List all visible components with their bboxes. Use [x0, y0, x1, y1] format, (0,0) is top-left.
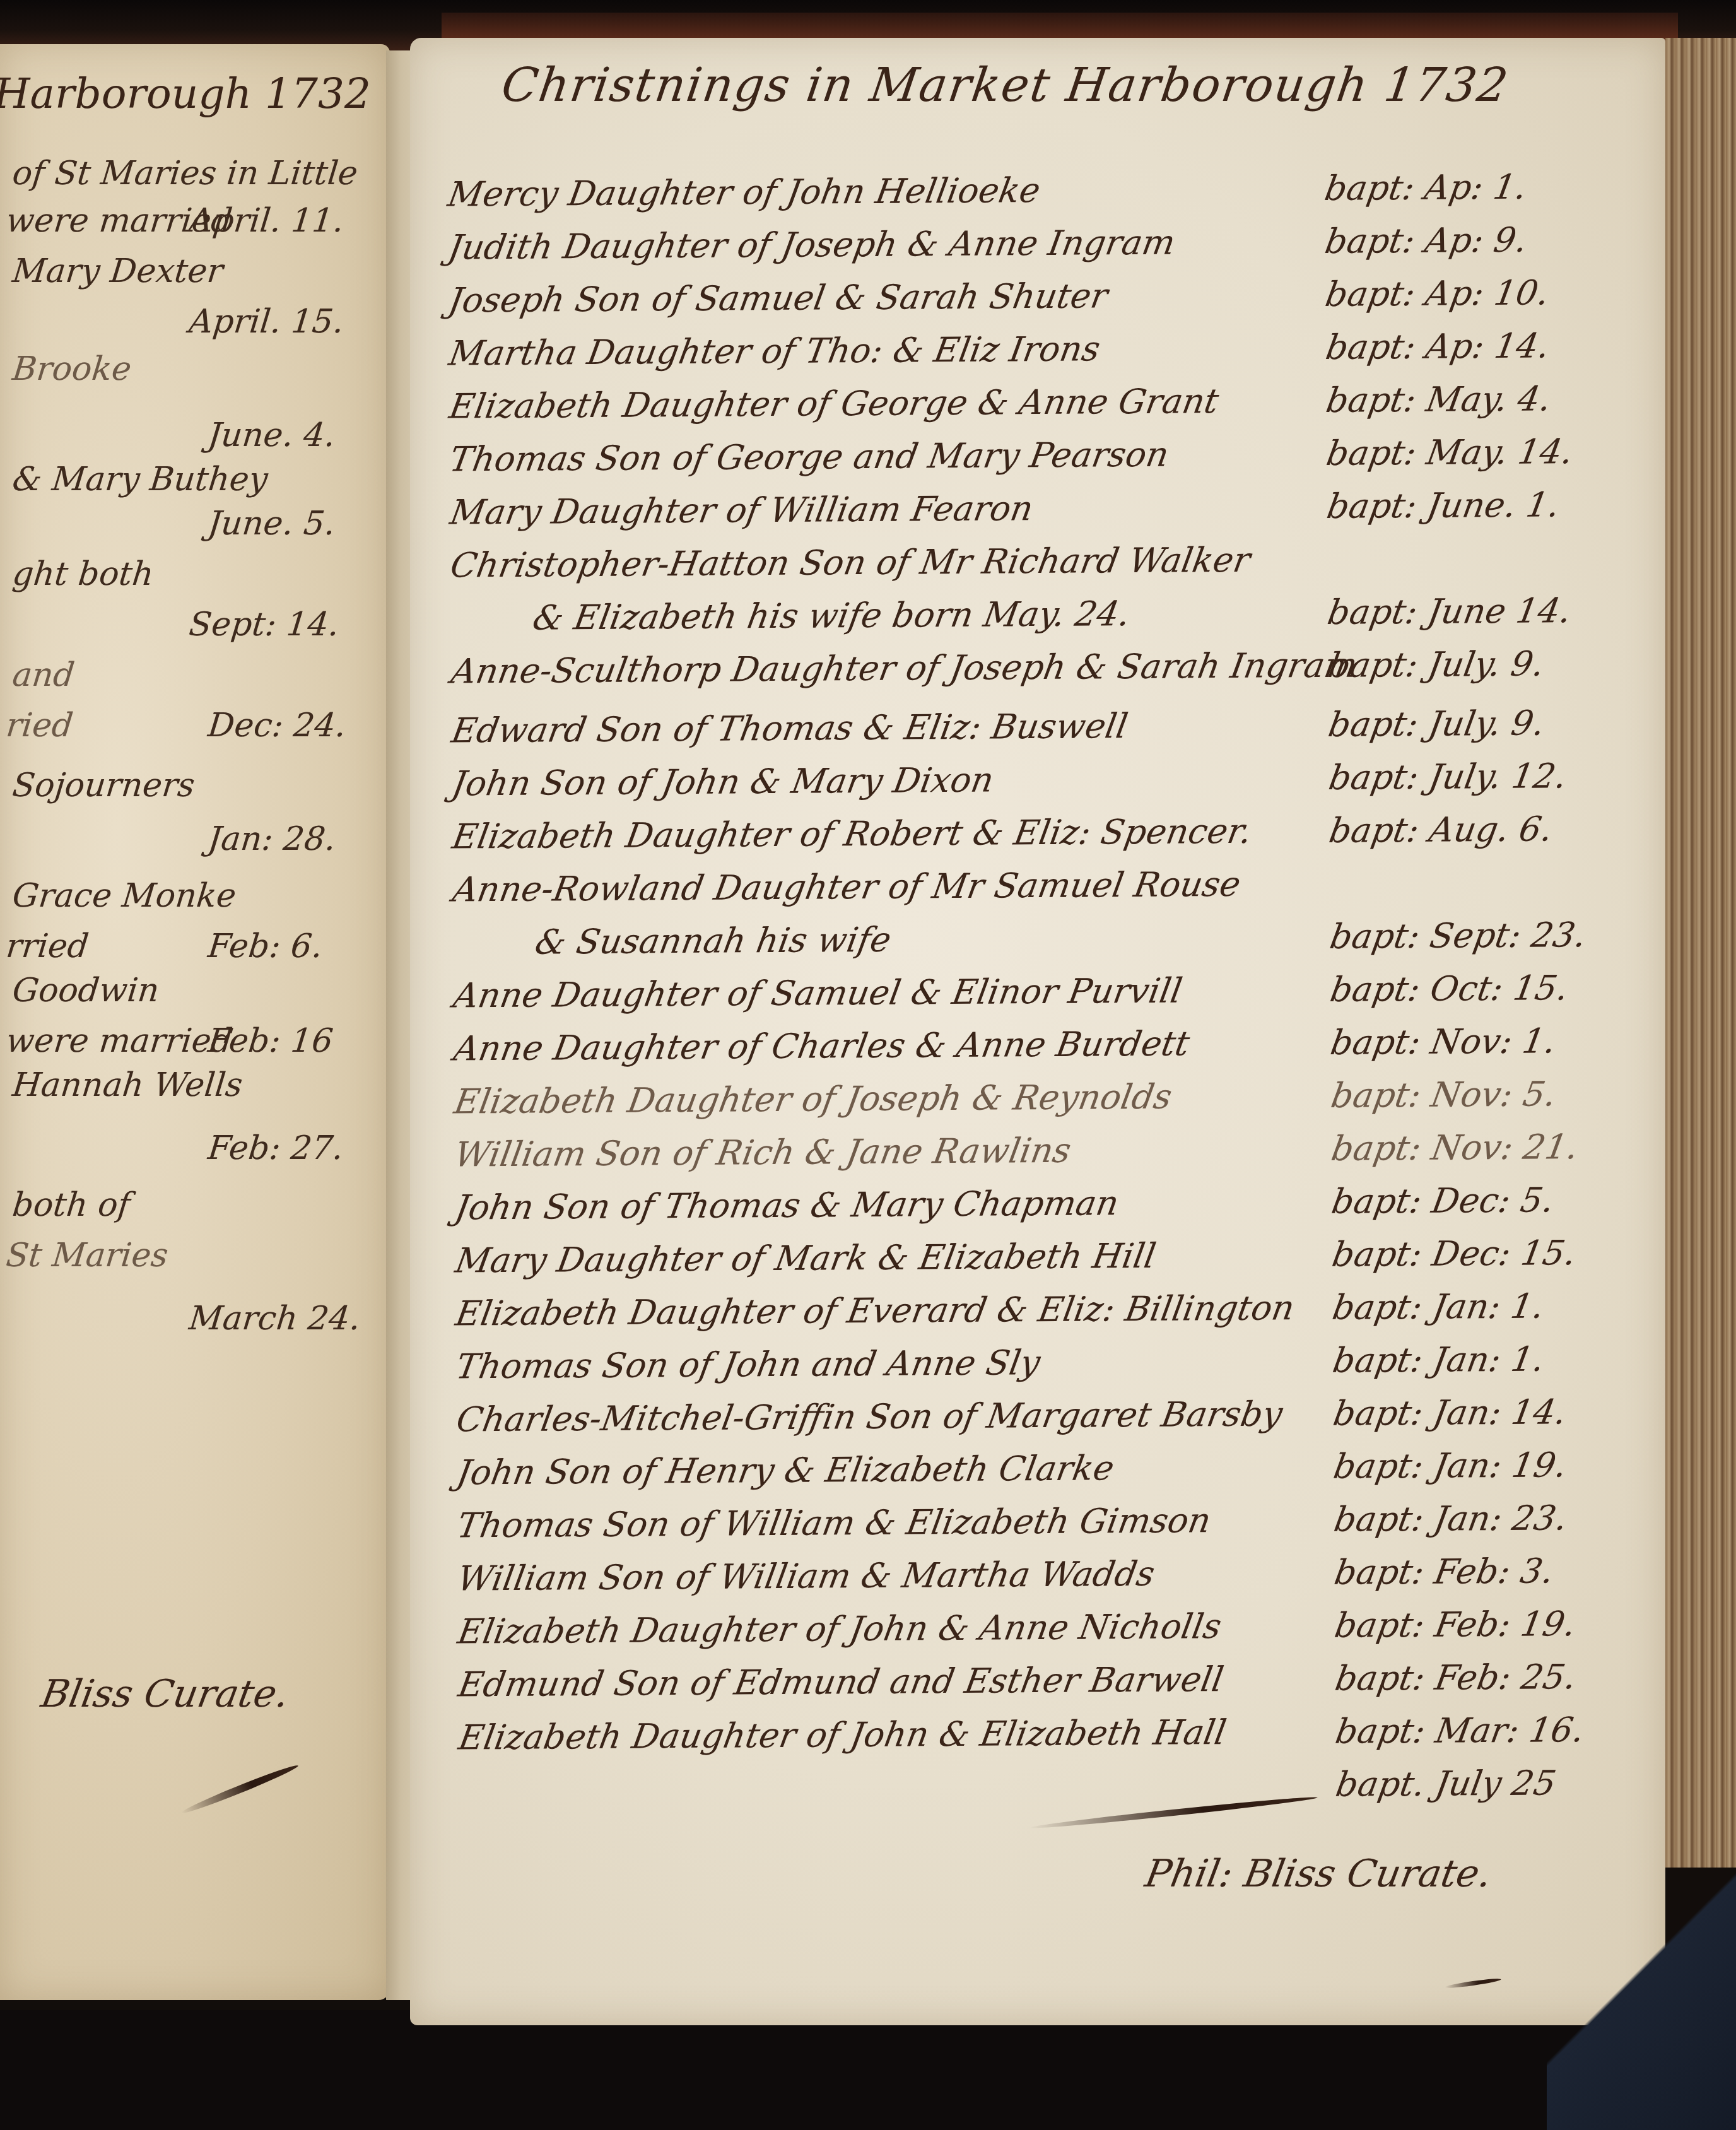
- left-entry-date: Feb: 16: [206, 1022, 335, 1060]
- entry-baptism-date: bapt: Dec: 15.: [1329, 1233, 1579, 1274]
- page-title: Christnings in Market Harborough 1732: [498, 58, 1512, 112]
- entry-baptism-date: bapt: Nov: 5.: [1328, 1074, 1559, 1115]
- register-entry: Mary Daughter of Mark & Elizabeth Hillba…: [430, 1232, 1667, 1292]
- left-entry-text: and: [11, 656, 76, 694]
- left-entry-text: Goodwin: [11, 972, 161, 1009]
- entry-name: Elizabeth Daughter of John & Anne Nichol…: [455, 1606, 1224, 1652]
- entry-name: William Son of William & Martha Wadds: [455, 1554, 1158, 1599]
- left-entry-date: June. 4.: [206, 416, 337, 454]
- entry-baptism-date: bapt: July. 9.: [1325, 703, 1547, 744]
- entry-name: & Susannah his wife: [532, 920, 894, 962]
- entry-name: William Son of Rich & Jane Rawlins: [452, 1131, 1074, 1175]
- left-entry-text: rried: [4, 927, 91, 965]
- left-entry-text: Sojourners: [11, 767, 197, 804]
- entry-baptism-date: bapt: June 14.: [1325, 591, 1574, 632]
- left-entry-text: St Maries: [4, 1237, 170, 1274]
- left-entry-text: & Mary Buthey: [11, 461, 269, 498]
- curate-signature: Phil: Bliss Curate.: [1142, 1852, 1495, 1896]
- entry-baptism-date: bapt: Mar: 16.: [1333, 1710, 1588, 1751]
- left-entry-text: ght both: [11, 555, 155, 593]
- register-entry: Charles-Mitchel-Griffin Son of Margaret …: [431, 1391, 1669, 1450]
- entry-baptism-date: bapt: July. 9.: [1325, 644, 1547, 685]
- left-page-header: Harborough 1732: [0, 69, 371, 118]
- entry-name: Elizabeth Daughter of Everard & Eliz: Bi…: [453, 1288, 1298, 1333]
- register-entry: William Son of Rich & Jane Rawlinsbapt: …: [430, 1126, 1667, 1186]
- register-entry: Mary Daughter of William Fearonbapt: Jun…: [425, 484, 1662, 543]
- entry-baptism-date: bapt: Ap: 9.: [1322, 220, 1530, 261]
- entry-baptism-date: bapt: Jan: 23.: [1331, 1498, 1570, 1539]
- entry-name: Mary Daughter of William Fearon: [447, 488, 1036, 532]
- left-entry-date: Jan: 28.: [206, 820, 337, 858]
- entry-baptism-date: bapt: Jan: 19.: [1331, 1445, 1570, 1486]
- left-entry-text: ried: [4, 707, 75, 744]
- entry-baptism-date: bapt: Oct: 15.: [1327, 968, 1571, 1009]
- entry-baptism-date: bapt: Ap: 14.: [1323, 326, 1552, 367]
- page-edges: [1665, 38, 1736, 1868]
- entry-baptism-date: bapt: Ap: 10.: [1323, 273, 1552, 314]
- register-entry: Judith Daughter of Joseph & Anne Ingramb…: [423, 219, 1660, 278]
- entry-baptism-date: bapt: Jan: 1.: [1330, 1286, 1547, 1327]
- register-entry: Elizabeth Daughter of Robert & Eliz: Spe…: [428, 808, 1665, 868]
- register-entry: bapt. July 25: [434, 1762, 1671, 1821]
- entry-baptism-date: bapt: Feb: 3.: [1332, 1551, 1557, 1592]
- entry-baptism-date: bapt: Ap: 1.: [1322, 167, 1530, 208]
- entry-baptism-date: bapt: Nov: 1.: [1328, 1021, 1559, 1062]
- entry-baptism-date: bapt: Jan: 14.: [1330, 1392, 1569, 1433]
- entry-name: & Elizabeth his wife born May. 24.: [530, 594, 1133, 638]
- entry-name: Elizabeth Daughter of John & Elizabeth H…: [456, 1712, 1229, 1758]
- entry-baptism-date: bapt: July. 12.: [1326, 756, 1569, 797]
- entry-name: Judith Daughter of Joseph & Anne Ingram: [445, 223, 1178, 268]
- register-entry: Thomas Son of John and Anne Slybapt: Jan…: [431, 1338, 1669, 1397]
- entry-baptism-date: bapt: June. 1.: [1324, 485, 1563, 526]
- register-entry: Mercy Daughter of John Hellioekebapt: Ap…: [423, 166, 1660, 225]
- register-entry: Thomas Son of George and Mary Pearsonbap…: [425, 431, 1662, 490]
- entry-baptism-date: bapt: Feb: 19.: [1332, 1604, 1578, 1645]
- left-entry-date: Feb: 27.: [206, 1129, 345, 1167]
- entry-name: Joseph Son of Samuel & Sarah Shuter: [446, 276, 1111, 320]
- entry-name: Elizabeth Daughter of Robert & Eliz: Spe…: [450, 811, 1255, 857]
- left-entry-text: Mary Dexter: [11, 252, 225, 290]
- register-entry: Edmund Son of Edmund and Esther Barwellb…: [433, 1656, 1670, 1715]
- left-entry-text: Brooke: [11, 350, 133, 388]
- left-entry-date: Dec: 24.: [206, 707, 348, 744]
- entry-name: Anne Daughter of Samuel & Elinor Purvill: [450, 970, 1185, 1015]
- book-bottom-cover: [0, 2010, 1736, 2130]
- register-entry: John Son of Henry & Elizabeth Clarkebapt…: [432, 1444, 1669, 1503]
- entry-baptism-date: bapt: Sept: 23.: [1327, 915, 1590, 956]
- entry-name: Thomas Son of George and Mary Pearson: [447, 435, 1171, 480]
- entry-name: Mercy Daughter of John Hellioeke: [445, 170, 1043, 215]
- register-entry: William Son of William & Martha Waddsbap…: [433, 1550, 1670, 1609]
- entry-name: Martha Daughter of Tho: & Eliz Irons: [446, 329, 1103, 373]
- register-entry: Elizabeth Daughter of George & Anne Gran…: [425, 378, 1662, 437]
- entry-baptism-date: bapt: Aug. 6.: [1327, 809, 1556, 850]
- left-curate-signature: Bliss Curate.: [38, 1672, 292, 1716]
- entry-baptism-date: bapt. July 25: [1333, 1763, 1559, 1804]
- register-entry: & Elizabeth his wife born May. 24.bapt: …: [426, 590, 1663, 649]
- register-entry: Elizabeth Daughter of Everard & Eliz: Bi…: [431, 1285, 1668, 1344]
- entry-name: Charles-Mitchel-Griffin Son of Margaret …: [454, 1394, 1286, 1439]
- register-entry: Edward Son of Thomas & Eliz: Buswellbapt…: [427, 702, 1664, 762]
- left-entry-text: both of: [11, 1186, 132, 1224]
- register-entry: John Son of John & Mary Dixonbapt: July.…: [427, 755, 1664, 815]
- left-entry-date: March 24.: [187, 1300, 362, 1338]
- entry-baptism-date: bapt: Jan: 1.: [1330, 1339, 1547, 1380]
- entry-name: Edmund Son of Edmund and Esther Barwell: [455, 1659, 1226, 1705]
- register-entry: Anne-Rowland Daughter of Mr Samuel Rouse: [428, 861, 1665, 921]
- entry-name: Anne Daughter of Charles & Anne Burdett: [451, 1023, 1193, 1068]
- register-entry: Elizabeth Daughter of Joseph & Reynoldsb…: [430, 1073, 1667, 1133]
- left-entry-text: Hannah Wells: [11, 1066, 245, 1104]
- register-entry: Anne-Sculthorp Daughter of Joseph & Sara…: [426, 643, 1663, 702]
- register-entry: Joseph Son of Samuel & Sarah Shuterbapt:…: [424, 272, 1661, 331]
- register-entry: Christopher-Hatton Son of Mr Richard Wal…: [426, 537, 1663, 596]
- entry-name: Elizabeth Daughter of George & Anne Gran…: [447, 381, 1222, 427]
- left-entry-date: April. 15.: [187, 303, 346, 341]
- register-entry: John Son of Thomas & Mary Chapmanbapt: D…: [430, 1179, 1667, 1239]
- entry-name: Elizabeth Daughter of Joseph & Reynolds: [452, 1077, 1175, 1122]
- entry-name: John Son of Henry & Elizabeth Clarke: [454, 1448, 1117, 1492]
- entry-baptism-date: bapt: May. 14.: [1323, 432, 1576, 473]
- left-entry-text: Grace Monke: [11, 877, 238, 915]
- left-entry-date: April. 11.: [187, 202, 346, 240]
- left-entry-text: of St Maries in Little: [11, 155, 360, 192]
- entry-name: Thomas Son of John and Anne Sly: [453, 1343, 1043, 1387]
- entry-name: Edward Son of Thomas & Eliz: Buswell: [449, 706, 1130, 751]
- left-entry-text: were married: [4, 1022, 234, 1060]
- entry-baptism-date: bapt: Dec: 5.: [1329, 1180, 1557, 1221]
- entry-baptism-date: bapt: Nov: 21.: [1328, 1127, 1581, 1168]
- register-entry: Anne Daughter of Samuel & Elinor Purvill…: [428, 967, 1665, 1027]
- entry-name: John Son of Thomas & Mary Chapman: [452, 1183, 1122, 1227]
- entry-name: Mary Daughter of Mark & Elizabeth Hill: [452, 1236, 1159, 1281]
- register-entry: Anne Daughter of Charles & Anne Burdettb…: [429, 1020, 1666, 1080]
- left-entry-date: Sept: 14.: [187, 606, 341, 644]
- entry-name: John Son of John & Mary Dixon: [449, 760, 997, 804]
- entry-name: Thomas Son of William & Elizabeth Gimson: [454, 1500, 1214, 1545]
- register-entry: Martha Daughter of Tho: & Eliz Ironsbapt…: [424, 325, 1661, 384]
- entry-baptism-date: bapt: May. 4.: [1323, 379, 1554, 420]
- register-entry: Elizabeth Daughter of John & Elizabeth H…: [434, 1709, 1671, 1768]
- entry-baptism-date: bapt: Feb: 25.: [1332, 1657, 1579, 1698]
- register-entry: Thomas Son of William & Elizabeth Gimson…: [432, 1497, 1669, 1556]
- entry-name: Anne-Rowland Daughter of Mr Samuel Rouse: [450, 864, 1243, 910]
- entry-name: Anne-Sculthorp Daughter of Joseph & Sara…: [449, 645, 1361, 691]
- register-entry: & Susannah his wifebapt: Sept: 23.: [428, 914, 1665, 974]
- baptism-register-list: Mercy Daughter of John Hellioekebapt: Ap…: [423, 166, 1672, 1878]
- register-entry: Elizabeth Daughter of John & Anne Nichol…: [433, 1603, 1670, 1662]
- left-entry-date: Feb: 6.: [206, 927, 324, 965]
- left-entry-date: June. 5.: [206, 505, 337, 543]
- entry-name: Christopher-Hatton Son of Mr Richard Wal…: [448, 540, 1253, 585]
